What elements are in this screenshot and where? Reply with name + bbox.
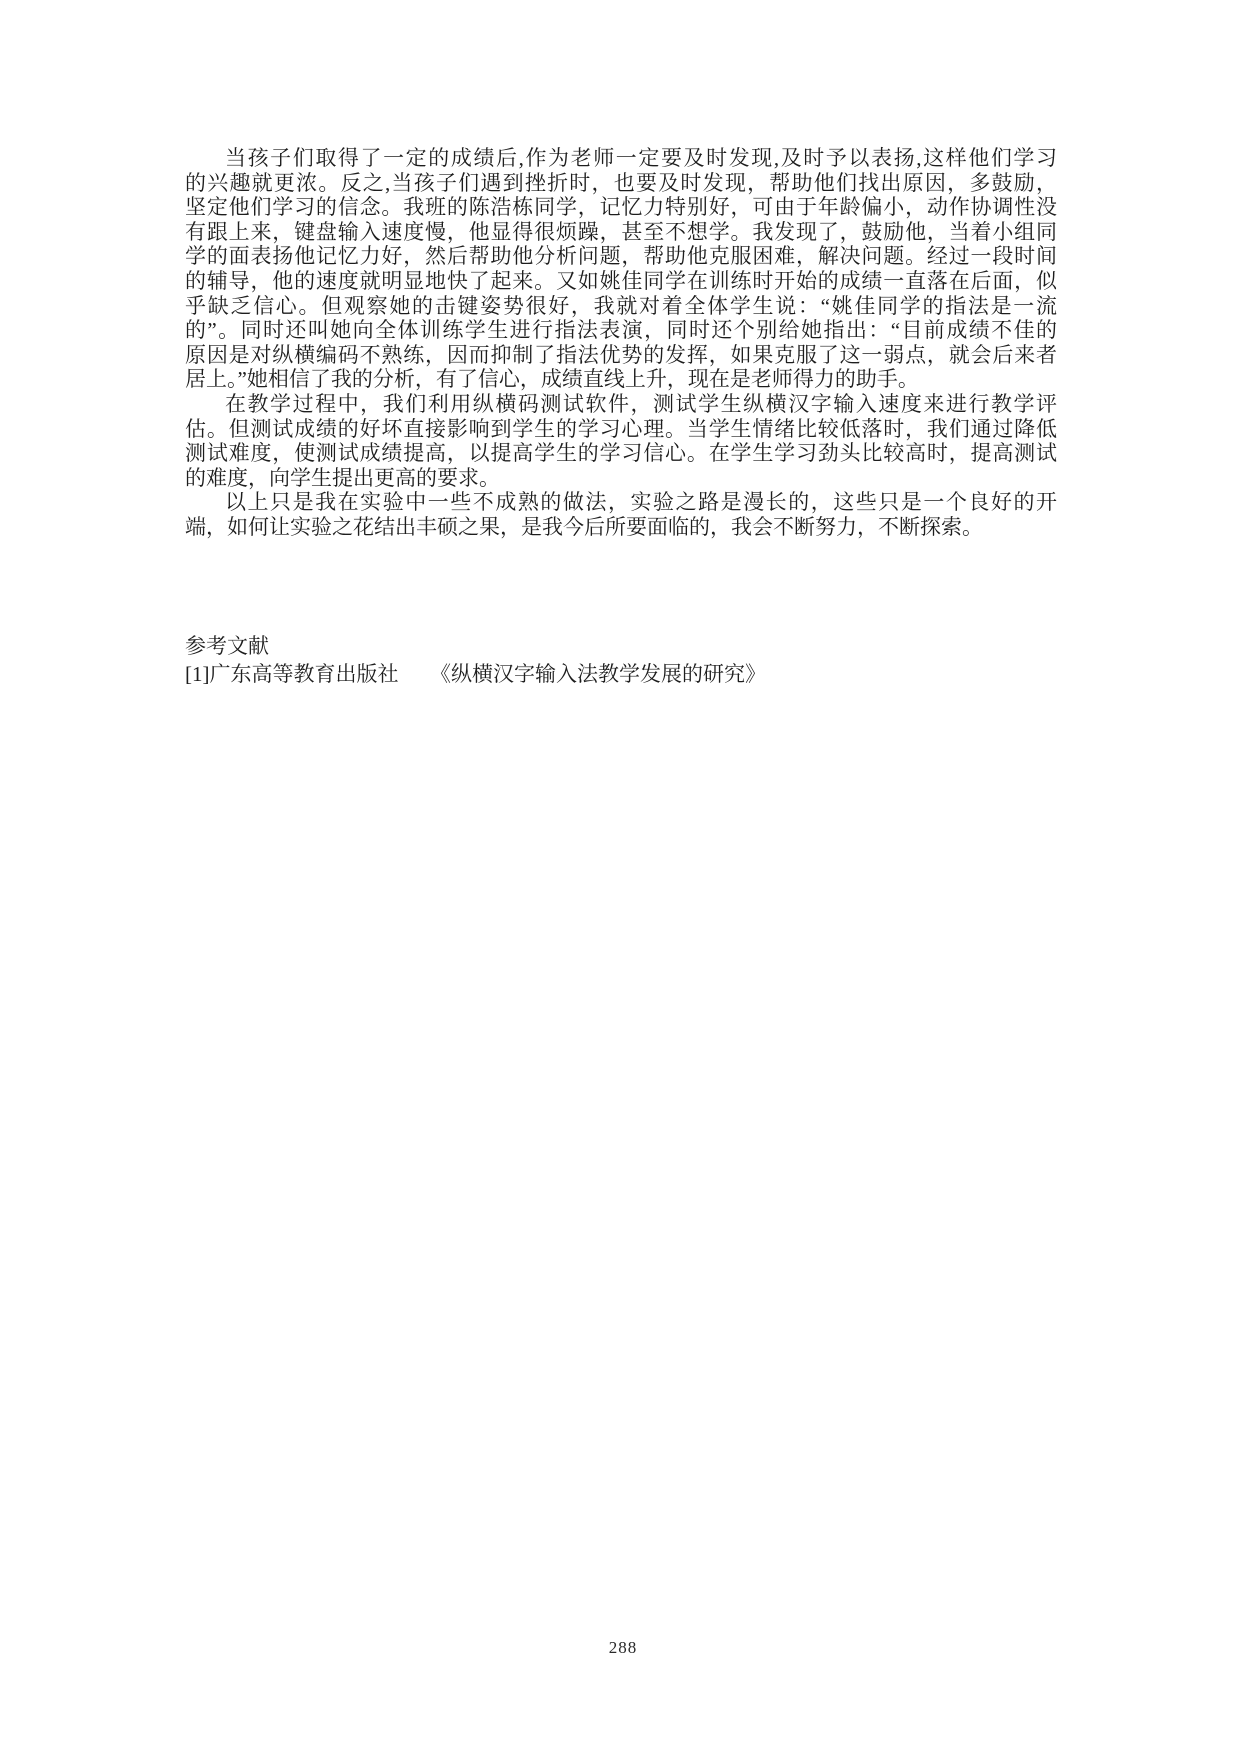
text-line: 的兴趣就更浓。反之,当孩子们遇到挫折时，也要及时发现，帮助他们找出原因，多鼓励， [185, 171, 1057, 196]
document-page: 当孩子们取得了一定的成绩后,作为老师一定要及时发现,及时予以表扬,这样他们学习的… [0, 0, 1246, 1763]
text-line: 坚定他们学习的信念。我班的陈浩栋同学，记忆力特别好，可由于年龄偏小，动作协调性没 [185, 195, 1057, 220]
page-number: 288 [0, 1638, 1246, 1658]
text-line: 当孩子们取得了一定的成绩后,作为老师一定要及时发现,及时予以表扬,这样他们学习 [185, 146, 1057, 171]
text-line: 有跟上来，键盘输入速度慢，他显得很烦躁，甚至不想学。我发现了，鼓励他，当着小组同 [185, 220, 1057, 245]
text-line: 估。但测试成绩的好坏直接影响到学生的学习心理。当学生情绪比较低落时，我们通过降低 [185, 417, 1057, 442]
text-line: 学的面表扬他记忆力好，然后帮助他分析问题，帮助他克服困难，解决问题。经过一段时间 [185, 244, 1057, 269]
document-body: 当孩子们取得了一定的成绩后,作为老师一定要及时发现,及时予以表扬,这样他们学习的… [185, 146, 1057, 540]
text-line: 原因是对纵横编码不熟练，因而抑制了指法优势的发挥，如果克服了这一弱点，就会后来者 [185, 343, 1057, 368]
references-list: [1]广东高等教育出版社 《纵横汉字输入法教学发展的研究》 [185, 661, 1085, 689]
reference-item: [1]广东高等教育出版社 《纵横汉字输入法教学发展的研究》 [185, 661, 1085, 689]
references-heading: 参考文献 [185, 633, 1085, 661]
references-section: 参考文献 [1]广东高等教育出版社 《纵横汉字输入法教学发展的研究》 [185, 633, 1085, 688]
text-line: 的”。同时还叫她向全体训练学生进行指法表演，同时还个别给她指出：“目前成绩不佳的 [185, 318, 1057, 343]
text-line: 以上只是我在实验中一些不成熟的做法，实验之路是漫长的，这些只是一个良好的开 [185, 490, 1057, 515]
text-line: 的难度，向学生提出更高的要求。 [185, 466, 1057, 491]
text-line: 乎缺乏信心。但观察她的击键姿势很好，我就对着全体学生说：“姚佳同学的指法是一流 [185, 294, 1057, 319]
text-line: 在教学过程中，我们利用纵横码测试软件，测试学生纵横汉字输入速度来进行教学评 [185, 392, 1057, 417]
text-line: 测试难度，使测试成绩提高，以提高学生的学习信心。在学生学习劲头比较高时，提高测试 [185, 441, 1057, 466]
text-line: 居上。”她相信了我的分析，有了信心，成绩直线上升，现在是老师得力的助手。 [185, 367, 1057, 392]
text-line: 的辅导，他的速度就明显地快了起来。又如姚佳同学在训练时开始的成绩一直落在后面，似 [185, 269, 1057, 294]
text-line: 端，如何让实验之花结出丰硕之果，是我今后所要面临的，我会不断努力，不断探索。 [185, 515, 1057, 540]
